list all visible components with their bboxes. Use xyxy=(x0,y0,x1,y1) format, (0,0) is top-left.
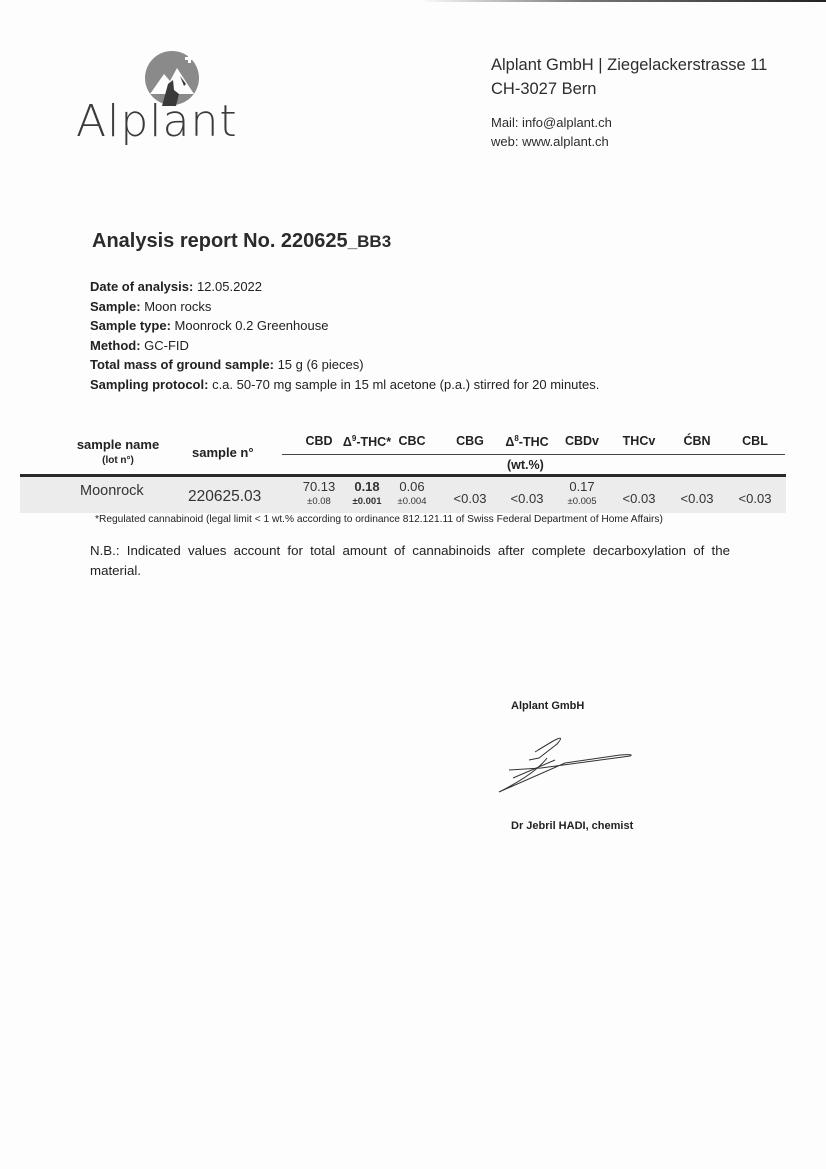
signature-icon xyxy=(495,730,645,800)
cell-value: <0.03 xyxy=(665,477,729,507)
table-footnote: *Regulated cannabinoid (legal limit < 1 … xyxy=(95,514,663,525)
report-title: Analysis report No. 220625_BB3 xyxy=(92,230,391,253)
signature-company: Alplant GmbH xyxy=(511,700,584,712)
header-col-thc: Δ8-THC xyxy=(497,434,557,449)
header-lot-no: (lot n°) xyxy=(68,455,168,466)
company-address-line: Alplant GmbH | Ziegelackerstrasse 11 xyxy=(491,53,767,77)
decarboxylation-note: N.B.: Indicated values account for total… xyxy=(90,541,730,580)
header-cannabinoid-columns: CBDΔ9-THC*CBCCBGΔ8-THCCBDvTHCvĆBNCBL xyxy=(282,434,787,450)
scan-edge-line xyxy=(420,0,826,2)
report-title-prefix: Analysis report No. 220625 xyxy=(92,230,348,252)
header-col-bn: ĆBN xyxy=(667,434,727,448)
meta-date: Date of analysis: 12.05.2022 xyxy=(90,277,599,297)
company-mail: Mail: info@alplant.ch xyxy=(491,113,767,132)
meta-sample-type: Sample type: Moonrock 0.2 Greenhouse xyxy=(90,316,599,336)
meta-total-mass: Total mass of ground sample: 15 g (6 pie… xyxy=(90,355,599,375)
company-web: web: www.alplant.ch xyxy=(491,132,767,151)
meta-sampling-protocol: Sampling protocol: c.a. 50-70 mg sample … xyxy=(90,375,599,395)
meta-method: Method: GC-FID xyxy=(90,336,599,356)
company-logo: Alplant xyxy=(76,50,276,146)
header-col-cbdv: CBDv xyxy=(552,434,612,448)
meta-sample: Sample: Moon rocks xyxy=(90,297,599,317)
header-col-cbg: CBG xyxy=(440,434,500,448)
header-col-thcv: THCv xyxy=(609,434,669,448)
cell-value: <0.03 xyxy=(607,477,671,507)
cell-value: <0.03 xyxy=(438,477,502,507)
company-city-line: CH-3027 Bern xyxy=(491,77,767,101)
cell-value: 0.06±0.004 xyxy=(380,477,444,509)
report-metadata: Date of analysis: 12.05.2022 Sample: Moo… xyxy=(90,277,599,395)
cell-value: <0.03 xyxy=(723,477,787,507)
cell-value: 0.17±0.005 xyxy=(550,477,614,509)
signature-name: Dr Jebril HADI, chemist xyxy=(511,820,633,832)
header-col-cbc: CBC xyxy=(382,434,442,448)
cell-sample-no: 220625.03 xyxy=(188,488,261,506)
row-values: 70.13±0.080.18±0.0010.06±0.004<0.03<0.03… xyxy=(282,477,787,513)
company-address-block: Alplant GmbH | Ziegelackerstrasse 11 CH-… xyxy=(491,53,767,151)
header-unit: (wt.%) xyxy=(507,458,544,472)
header-divider xyxy=(282,454,785,455)
cell-sample-name: Moonrock xyxy=(80,483,144,499)
header-sample-no: sample n° xyxy=(192,445,254,460)
logo-wordmark: Alplant xyxy=(76,100,238,144)
header-sample-name: sample name (lot n°) xyxy=(68,437,168,466)
report-title-suffix: _BB3 xyxy=(348,232,391,251)
header-col-cbl: CBL xyxy=(725,434,785,448)
